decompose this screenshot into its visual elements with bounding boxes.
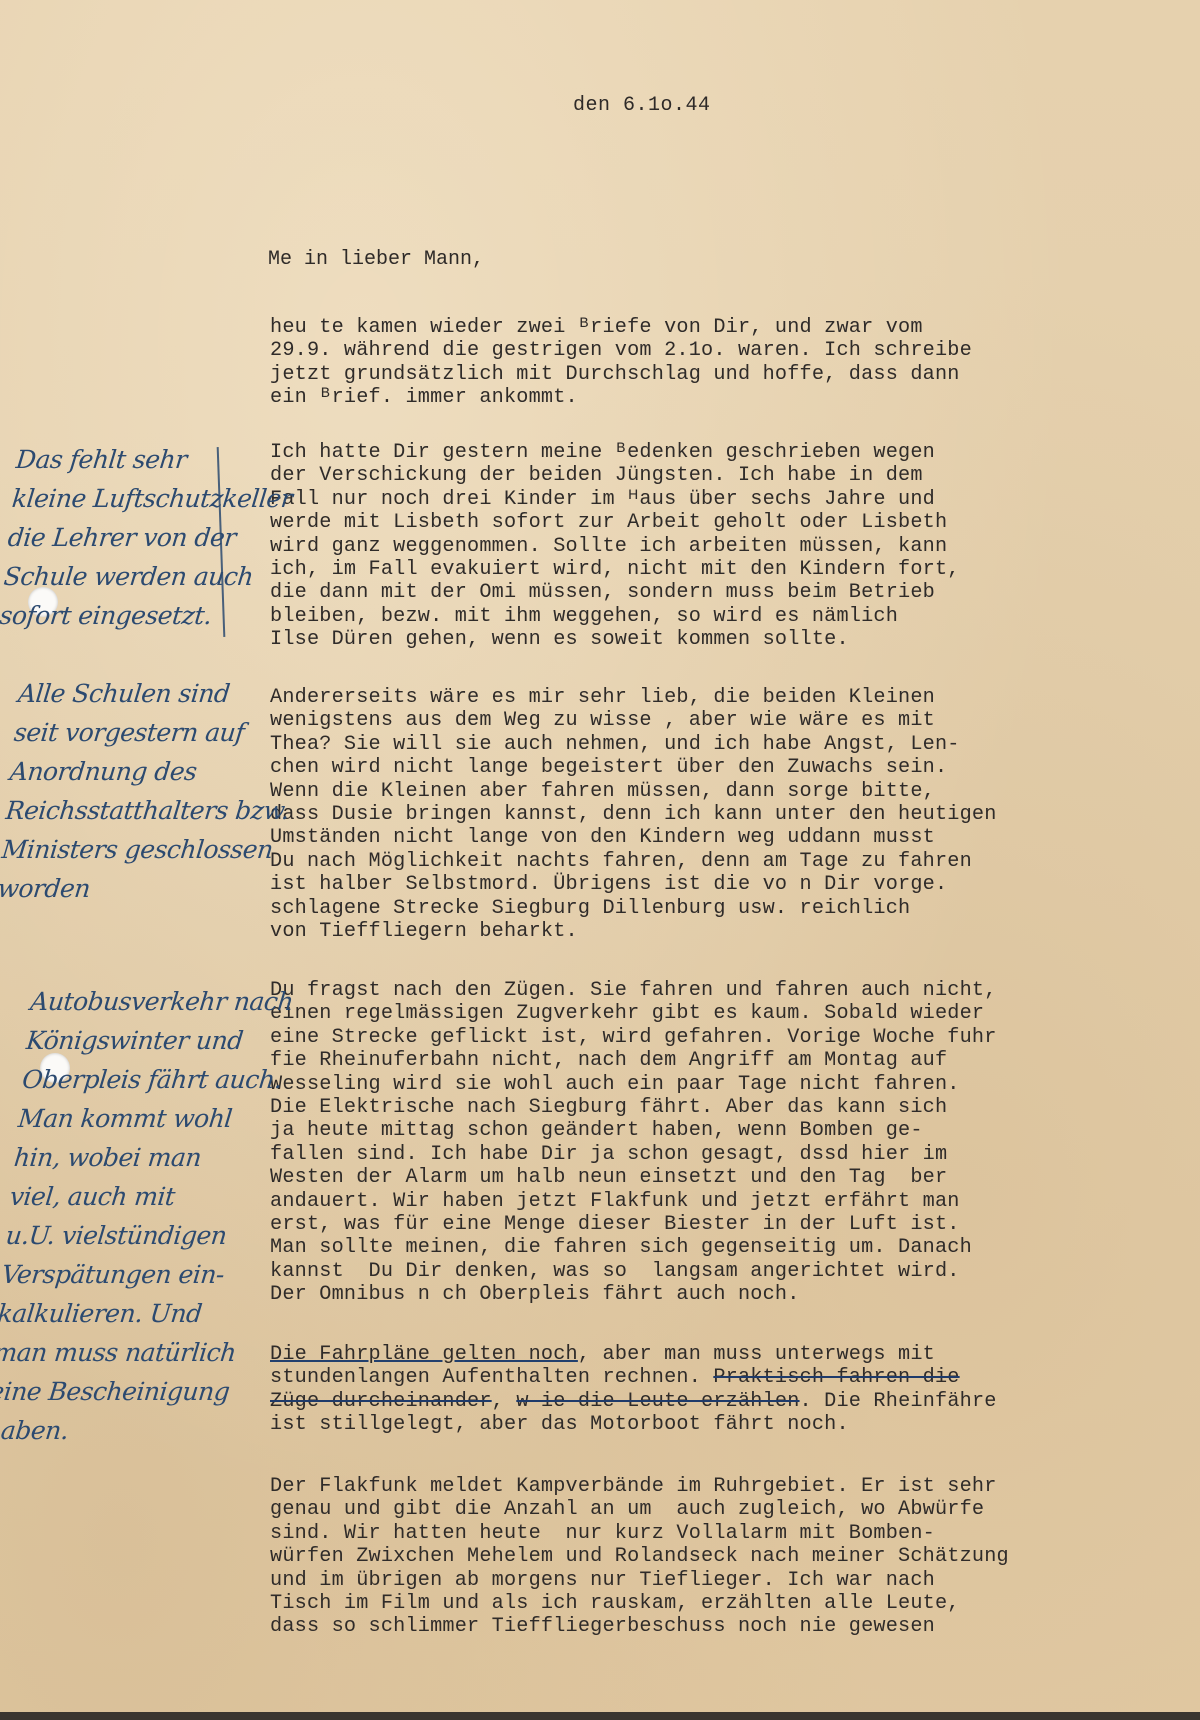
handwritten-line: seit vorgestern auf <box>12 713 278 752</box>
handwritten-line: haben. <box>0 1411 250 1450</box>
typed-line: die dann mit der Omi müssen, sondern mus… <box>270 581 1170 604</box>
salutation: Me in lieber Mann, <box>268 248 484 271</box>
handwritten-line: eine Bescheinigung <box>0 1372 254 1411</box>
typed-line: Ilse Düren gehen, wenn es soweit kommen … <box>270 628 1170 651</box>
typed-line: andauert. Wir haben jetzt Flakfunk und j… <box>270 1190 1170 1213</box>
typed-line: sind. Wir hatten heute nur kurz Vollalar… <box>270 1522 1170 1545</box>
handwritten-line: Das fehlt sehr <box>14 440 280 479</box>
typed-line: Tisch im Film und als ich rauskam, erzäh… <box>270 1592 1170 1615</box>
typed-line: der Verschickung der beiden Jüngsten. Ic… <box>270 464 1170 487</box>
paragraph-1: heu te kamen wieder zwei ᴮriefe von Dir,… <box>270 316 1170 410</box>
typed-line: ist halber Selbstmord. Übrigens ist die … <box>270 873 1170 896</box>
typed-line: Wenn die Kleinen aber fahren müssen, dan… <box>270 780 1170 803</box>
typed-line: ein ᴮrief. immer ankommt. <box>270 386 1170 409</box>
typed-line: erst, was für eine Menge dieser Biester … <box>270 1213 1170 1236</box>
ink-underline: Die Fahrpläne gelten noch <box>270 1343 578 1366</box>
typed-line: werde mit Lisbeth sofort zur Arbeit geho… <box>270 511 1170 534</box>
typed-line: Thea? Sie will sie auch nehmen, und ich … <box>270 733 1170 756</box>
handwritten-line: Oberpleis fährt auch. <box>20 1060 286 1099</box>
handwritten-line: Königswinter und <box>24 1021 290 1060</box>
typed-line: Westen der Alarm um halb neun einsetzt u… <box>270 1166 1170 1189</box>
typed-line: fie Rheinuferbahn nicht, nach dem Angrif… <box>270 1049 1170 1072</box>
typed-line: Der Flakfunk meldet Kampverbände im Ruhr… <box>270 1475 1170 1498</box>
typed-line: Du fragst nach den Zügen. Sie fahren und… <box>270 979 1170 1002</box>
typed-line: Ich hatte Dir gestern meine ᴮedenken ges… <box>270 441 1170 464</box>
typed-line: Du nach Möglichkeit nachts fahren, denn … <box>270 850 1170 873</box>
handwritten-line: Anordnung des <box>8 752 274 791</box>
typed-line: Die Elektrische nach Siegburg fährt. Abe… <box>270 1096 1170 1119</box>
ink-strikethrough: Praktisch fahren die <box>713 1366 959 1389</box>
paragraph-6: Der Flakfunk meldet Kampverbände im Ruhr… <box>270 1475 1170 1639</box>
typed-line: von Tieffliegern beharkt. <box>270 920 1170 943</box>
handwritten-line: sofort eingesetzt. <box>0 596 264 635</box>
handwritten-line: die Lehrer von der <box>6 518 272 557</box>
typed-line: Züge durcheinander, w ie die Leute erzäh… <box>270 1390 1170 1413</box>
margin-note-3: Autobusverkehr nachKönigswinter undOberp… <box>0 982 295 1450</box>
letter-date: den 6.1o.44 <box>573 94 711 117</box>
typed-line: stundenlangen Aufenthalten rechnen. Prak… <box>270 1366 1170 1389</box>
typed-line: Wesseling wird sie wohl auch ein paar Ta… <box>270 1073 1170 1096</box>
typed-line: jetzt grundsätzlich mit Durchschlag und … <box>270 363 1170 386</box>
typed-line: dass so schlimmer Tieffliegerbeschuss no… <box>270 1615 1170 1638</box>
handwritten-line: viel, auch mit <box>8 1177 274 1216</box>
typed-line: eine Strecke geflickt ist, wird gefahren… <box>270 1026 1170 1049</box>
paragraph-5: Die Fahrpläne gelten noch, aber man muss… <box>270 1343 1170 1437</box>
handwritten-line: u.U. vielstündigen <box>4 1216 270 1255</box>
handwritten-line: worden <box>0 869 262 908</box>
typed-line: ich, im Fall evakuiert wird, nicht mit d… <box>270 558 1170 581</box>
typed-line: genau und gibt die Anzahl an um auch zug… <box>270 1498 1170 1521</box>
typed-line: Man sollte meinen, die fahren sich gegen… <box>270 1236 1170 1259</box>
paragraph-3: Andererseits wäre es mir sehr lieb, die … <box>270 686 1170 943</box>
margin-note-1: Das fehlt sehrkleine Luftschutzkellerdie… <box>0 440 280 635</box>
typed-line: bleiben, bezw. mit ihm weggehen, so wird… <box>270 605 1170 628</box>
typed-line: ja heute mittag schon geändert haben, we… <box>270 1119 1170 1142</box>
typed-line: Der Omnibus n ch Oberpleis fährt auch no… <box>270 1283 1170 1306</box>
typed-line: fallen sind. Ich habe Dir ja schon gesag… <box>270 1143 1170 1166</box>
handwritten-line: Autobusverkehr nach <box>28 982 294 1021</box>
handwritten-line: Man kommt wohl <box>16 1099 282 1138</box>
margin-note-2: Alle Schulen sindseit vorgestern aufAnor… <box>0 674 282 908</box>
typed-line: würfen Zwixchen Mehelem und Rolandseck n… <box>270 1545 1170 1568</box>
handwritten-line: Verspätungen ein- <box>0 1255 266 1294</box>
handwritten-line: Reichsstatthalters bzw. <box>4 791 270 830</box>
typed-line: wenigstens aus dem Weg zu wisse , aber w… <box>270 709 1170 732</box>
paragraph-4: Du fragst nach den Zügen. Sie fahren und… <box>270 979 1170 1306</box>
typed-line: Die Fahrpläne gelten noch, aber man muss… <box>270 1343 1170 1366</box>
handwritten-line: man muss natürlich <box>0 1333 258 1372</box>
typed-line: kannst Du Dir denken, was so langsam ang… <box>270 1260 1170 1283</box>
typed-line: Andererseits wäre es mir sehr lieb, die … <box>270 686 1170 709</box>
ink-strikethrough: w ie die Leute erzählen <box>516 1390 799 1413</box>
handwritten-line: Ministers geschlossen <box>0 830 266 869</box>
handwritten-line: kalkulieren. Und <box>0 1294 262 1333</box>
handwritten-line: Schule werden auch <box>2 557 268 596</box>
typed-line: ist stillgelegt, aber das Motorboot fähr… <box>270 1413 1170 1436</box>
typed-line: dass Dusie bringen kannst, denn ich kann… <box>270 803 1170 826</box>
typed-line: 29.9. während die gestrigen vom 2.1o. wa… <box>270 339 1170 362</box>
typed-line: wird ganz weggenommen. Sollte ich arbeit… <box>270 535 1170 558</box>
handwritten-line: hin, wobei man <box>12 1138 278 1177</box>
handwritten-line: Alle Schulen sind <box>16 674 282 713</box>
typed-line: und im übrigen ab morgens nur Tieflieger… <box>270 1569 1170 1592</box>
page-bottom-edge <box>0 1712 1200 1720</box>
typed-line: Fall nur noch drei Kinder im ᴴaus über s… <box>270 488 1170 511</box>
handwritten-line: kleine Luftschutzkeller <box>10 479 276 518</box>
typed-line: einen regelmässigen Zugverkehr gibt es k… <box>270 1002 1170 1025</box>
ink-strikethrough: Züge durcheinander <box>270 1390 492 1413</box>
typed-line: schlagene Strecke Siegburg Dillenburg us… <box>270 897 1170 920</box>
paragraph-2: Ich hatte Dir gestern meine ᴮedenken ges… <box>270 441 1170 652</box>
typed-line: heu te kamen wieder zwei ᴮriefe von Dir,… <box>270 316 1170 339</box>
typed-line: chen wird nicht lange begeistert über de… <box>270 756 1170 779</box>
typed-line: Umständen nicht lange von den Kindern we… <box>270 826 1170 849</box>
